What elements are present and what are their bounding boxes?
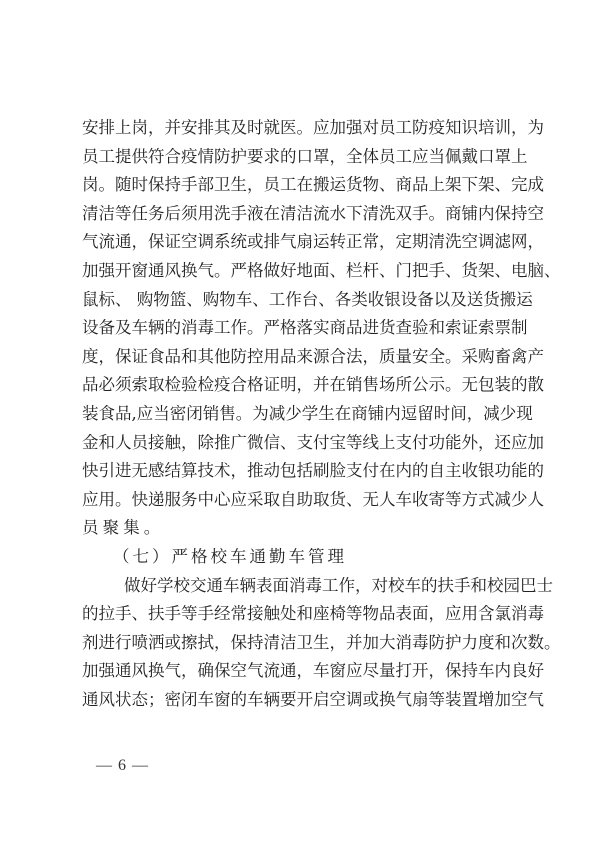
paragraph-line: 岗。随时保持手部卫生，员工在搬运货物、商品上架下架、完成 — [82, 171, 524, 200]
paragraph-line: 鼠标、 购物篮、购物车、工作台、各类收银设备以及送货搬运 — [82, 286, 524, 315]
section-heading: （七）严格校车通勤车管理 — [82, 543, 524, 572]
paragraph-line: 气流通，保证空调系统或排气扇运转正常，定期清洗空调滤网， — [82, 228, 524, 257]
paragraph-line: 的拉手、扶手等手经常接触处和座椅等物品表面，应用含氯消毒 — [82, 600, 524, 629]
paragraph-line: 应用。快递服务中心应采取自助取货、无人车收寄等方式减少人 — [82, 486, 524, 515]
paragraph-line: 装食品,应当密闭销售。为减少学生在商铺内逗留时间，减少现 — [82, 400, 524, 429]
paragraph-line: 安排上岗，并安排其及时就医。应加强对员工防疫知识培训，为 — [82, 114, 524, 143]
document-body: 安排上岗，并安排其及时就医。应加强对员工防疫知识培训，为 员工提供符合疫情防护要… — [82, 114, 524, 714]
paragraph-line: 快引进无感结算技术，推动包括刷脸支付在内的自主收银功能的 — [82, 457, 524, 486]
paragraph-line-last: 员聚集。 — [82, 514, 524, 543]
page-number: — 6 — — [96, 757, 149, 775]
paragraph-line: 品必须索取检验检疫合格证明，并在销售场所公示。无包装的散 — [82, 371, 524, 400]
paragraph-line: 剂进行喷洒或擦拭，保持清洁卫生，并加大消毒防护力度和次数。 — [82, 629, 524, 658]
paragraph-line: 员工提供符合疫情防护要求的口罩，全体员工应当佩戴口罩上 — [82, 143, 524, 172]
paragraph-line: 设备及车辆的消毒工作。严格落实商品进货查验和索证索票制 — [82, 314, 524, 343]
paragraph-line: 度，保证食品和其他防控用品来源合法，质量安全。采购畜禽产 — [82, 343, 524, 372]
paragraph-line: 加强开窗通风换气。严格做好地面、栏杆、门把手、货架、电脑、 — [82, 257, 524, 286]
paragraph-line: 金和人员接触，除推广微信、支付宝等线上支付功能外，还应加 — [82, 429, 524, 458]
paragraph-line: 清洁等任务后须用洗手液在清洁流水下清洗双手。商铺内保持空 — [82, 200, 524, 229]
document-page: 安排上岗，并安排其及时就医。应加强对员工防疫知识培训，为 员工提供符合疫情防护要… — [0, 0, 600, 848]
paragraph-line-first: 做好学校交通车辆表面消毒工作，对校车的扶手和校园巴士 — [82, 572, 524, 601]
paragraph-line: 加强通风换气，确保空气流通，车窗应尽量打开，保持车内良好 — [82, 657, 524, 686]
paragraph-line: 通风状态；密闭车窗的车辆要开启空调或换气扇等装置增加空气 — [82, 686, 524, 715]
